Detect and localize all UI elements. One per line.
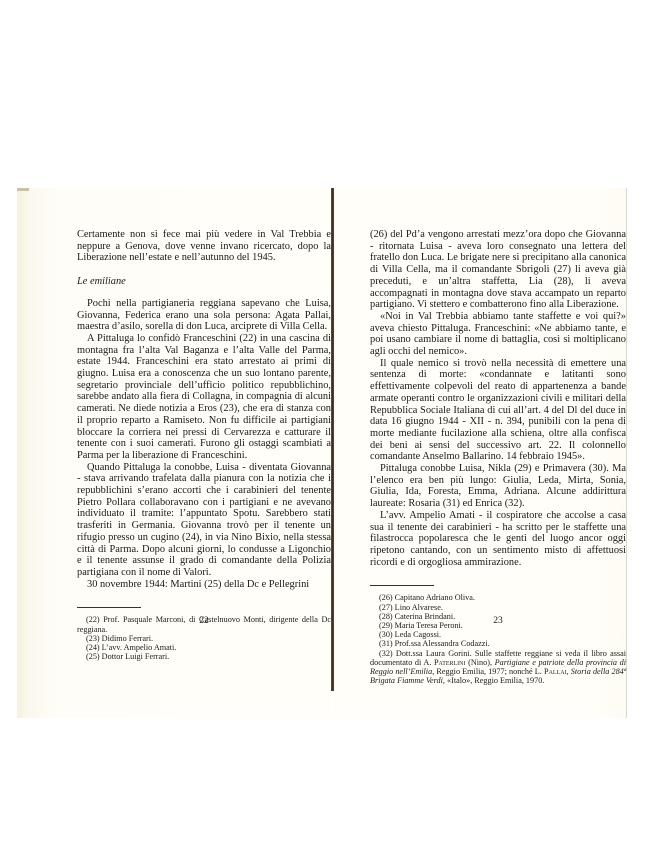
right-book-page: (26) del Pd’a vengono arrestati mezz’ora… [333, 188, 627, 718]
page-edge-mark [17, 188, 29, 191]
footnote-32: (32) Dott.ssa Laura Gorini. Sulle staffe… [370, 649, 626, 686]
paragraph: Pochi nella partigianeria reggiana sapev… [77, 298, 331, 333]
book-spine [331, 188, 334, 691]
left-page-body: Certamente non si fece mai più vedere in… [77, 229, 331, 661]
paragraph: A Pittaluga lo confidò Franceschini (22)… [77, 333, 331, 462]
paragraph: Pittaluga conobbe Luisa, Nikla (29) e Pr… [370, 463, 626, 510]
page-number: 23 [370, 616, 626, 626]
paragraph: Il quale nemico si trovò nella necessità… [370, 358, 626, 463]
footnote: (30) Leda Cagossi. [370, 630, 626, 639]
page-number: 22 [77, 616, 331, 626]
footnote: (25) Dottor Luigi Ferrari. [77, 652, 331, 661]
author-name: Pallai [544, 667, 567, 676]
footnote: (26) Capitano Adriano Oliva. [370, 593, 626, 602]
paragraph: «Noi in Val Trebbia abbiamo tante staffe… [370, 311, 626, 358]
footnotes: (26) Capitano Adriano Oliva. (27) Lino A… [370, 593, 626, 685]
footnote-text: , Reggio Emilia, 1977; nonché L. [432, 667, 544, 676]
footnote-divider [77, 607, 141, 608]
footnote: (27) Lino Alvarese. [370, 603, 626, 612]
footnote: (24) L’avv. Ampelio Amati. [77, 643, 331, 652]
paragraph: (26) del Pd’a vengono arrestati mezz’ora… [370, 229, 626, 311]
footnote: (23) Didimo Ferrari. [77, 634, 331, 643]
left-book-page: Certamente non si fece mai più vedere in… [17, 188, 331, 718]
paragraph: Quando Pittaluga la conobbe, Luisa - div… [77, 462, 331, 579]
footnote-divider [370, 585, 434, 586]
section-heading: Le emiliane [77, 276, 331, 288]
footnote: (31) Prof.ssa Alessandra Codazzi. [370, 639, 626, 648]
footnote-text: (Nino), [466, 658, 495, 667]
footnote-text: , «Italo», Reggio Emilia, 1970. [443, 676, 544, 685]
paragraph: L’avv. Ampelio Amati - il cospiratore ch… [370, 510, 626, 569]
paragraph: Certamente non si fece mai più vedere in… [77, 229, 331, 264]
paragraph: 30 novembre 1944: Martini (25) della Dc … [77, 579, 331, 591]
author-name: Paterlini [434, 658, 466, 667]
